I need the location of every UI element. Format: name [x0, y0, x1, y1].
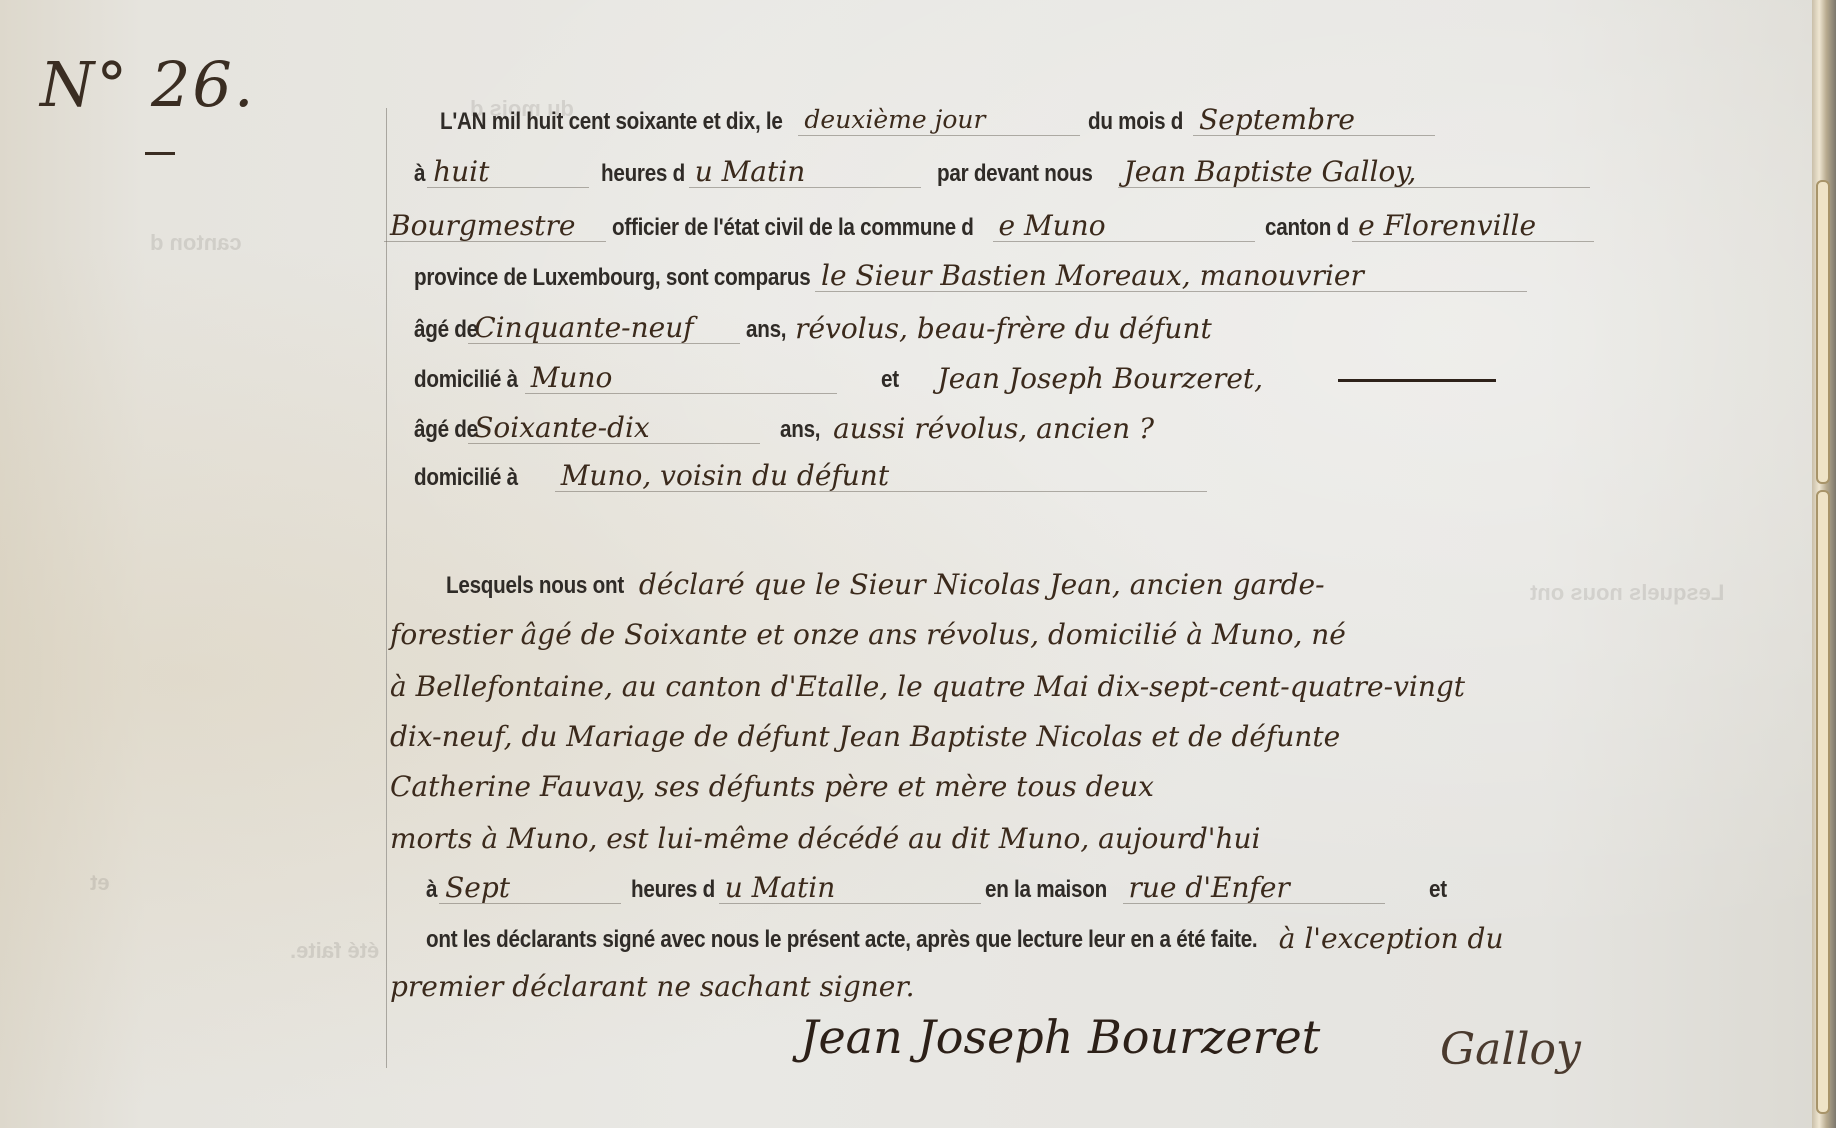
bleed-through-text: Lesquels nous ont	[1530, 580, 1724, 606]
form-line-10: forestier âgé de Soixante et onze ans ré…	[384, 606, 1352, 650]
form-line-1: L'AN mil huit cent soixante et dix, le d…	[440, 92, 1435, 136]
handwritten-exception-note: à l'exception du	[1273, 924, 1510, 954]
printed-text: à	[426, 876, 437, 904]
form-line-16: ont les déclarants signé avec nous le pr…	[426, 910, 1509, 954]
handwritten-age-2: Soixante-dix	[468, 413, 760, 444]
bleed-through-text: été faite.	[290, 938, 379, 964]
printed-text: à	[414, 160, 425, 188]
form-line-7: âgé de Soixante-dix ans, aussi révolus, …	[414, 400, 1160, 444]
handwritten-declarant-2: Jean Joseph Bourzeret,	[932, 364, 1270, 394]
margin-rule	[386, 108, 387, 1068]
handwritten-birthplace: à Bellefontaine, au canton d'Etalle, le …	[384, 672, 1471, 702]
printed-text: L'AN mil huit cent soixante et dix, le	[440, 108, 783, 136]
printed-text: heures d	[631, 876, 715, 904]
binding-stitch	[1816, 180, 1830, 484]
handwritten-parents: dix-neuf, du Mariage de défunt Jean Bapt…	[384, 722, 1346, 752]
form-line-2: à huit heures d u Matin par devant nous …	[414, 144, 1590, 188]
printed-text: Lesquels nous ont	[446, 572, 624, 600]
handwritten-occupation-2: aussi révolus, ancien ?	[827, 414, 1160, 444]
form-line-12: dix-neuf, du Mariage de défunt Jean Bapt…	[384, 708, 1346, 752]
printed-text: et	[881, 366, 899, 394]
printed-text: en la maison	[985, 876, 1107, 904]
signature-officer: Galloy	[1440, 1024, 1581, 1075]
handwritten-relation-1: révolus, beau-frère du défunt	[789, 314, 1218, 344]
form-line-17: premier déclarant ne sachant signer.	[384, 958, 921, 1002]
handwritten-mother: Catherine Fauvay, ses défunts père et mè…	[384, 772, 1160, 802]
handwritten-declarant-1: le Sieur Bastien Moreaux, manouvrier	[815, 261, 1527, 292]
printed-text: ans,	[780, 416, 820, 444]
handwritten-age-1: Cinquante-neuf	[468, 313, 740, 344]
printed-text: officier de l'état civil de la commune d	[612, 214, 974, 242]
form-line-5: âgé de Cinquante-neuf ans, révolus, beau…	[414, 300, 1218, 344]
handwritten-officer-title: Bourgmestre	[384, 211, 606, 242]
handwritten-officer-name: Jean Baptiste Galloy,	[1118, 157, 1590, 188]
form-line-13: Catherine Fauvay, ses défunts père et mè…	[384, 758, 1160, 802]
printed-text: âgé de	[414, 316, 478, 344]
bleed-through-text: et	[90, 870, 110, 896]
entry-number: N° 26.	[40, 48, 256, 121]
handwritten-death-hour: Sept	[439, 873, 621, 904]
bleed-through-text: canton d	[150, 230, 242, 256]
handwritten-canton: e Florenville	[1352, 211, 1594, 242]
handwritten-domicile-2: Muno, voisin du défunt	[555, 461, 1207, 492]
strikethrough-mark	[1338, 379, 1496, 382]
printed-text: domicilié à	[414, 366, 518, 394]
register-page: du mois d canton d Lesquels nous ont et …	[0, 0, 1812, 1128]
printed-text: par devant nous	[937, 160, 1093, 188]
handwritten-declaration: déclaré que le Sieur Nicolas Jean, ancie…	[633, 570, 1331, 600]
form-line-3: Bourgmestre officier de l'état civil de …	[384, 198, 1594, 242]
handwritten-death-place: morts à Muno, est lui-même décédé au dit…	[384, 824, 1266, 854]
printed-text: heures d	[601, 160, 685, 188]
form-line-15: à Sept heures d u Matin en la maison rue…	[426, 860, 1449, 904]
handwritten-domicile-1: Muno	[525, 363, 837, 394]
entry-number-underline	[145, 152, 175, 155]
form-line-8: domicilié à Muno, voisin du défunt	[414, 448, 1207, 492]
form-line-9: Lesquels nous ont déclaré que le Sieur N…	[446, 556, 1331, 600]
handwritten-house-location: rue d'Enfer	[1123, 873, 1385, 904]
handwritten-month: Septembre	[1193, 105, 1435, 136]
form-line-11: à Bellefontaine, au canton d'Etalle, le …	[384, 658, 1471, 702]
printed-text: ont les déclarants signé avec nous le pr…	[426, 926, 1257, 954]
form-line-4: province de Luxembourg, sont comparus le…	[414, 248, 1527, 292]
printed-text: âgé de	[414, 416, 478, 444]
signature-declarant: Jean Joseph Bourzeret	[800, 1010, 1320, 1064]
page-binding-edge	[1812, 0, 1836, 1128]
form-line-6: domicilié à Muno et Jean Joseph Bourzere…	[414, 350, 1269, 394]
handwritten-hour: huit	[427, 157, 589, 188]
handwritten-exception-note-cont: premier déclarant ne sachant signer.	[384, 972, 921, 1002]
handwritten-death-time-of-day: u Matin	[719, 873, 981, 904]
handwritten-time-of-day: u Matin	[689, 157, 921, 188]
printed-text: du mois d	[1088, 108, 1183, 136]
form-line-14: morts à Muno, est lui-même décédé au dit…	[384, 810, 1266, 854]
printed-text: domicilié à	[414, 464, 518, 492]
binding-stitch	[1816, 490, 1830, 1114]
printed-text: ans,	[746, 316, 786, 344]
printed-text: canton d	[1265, 214, 1349, 242]
handwritten-commune: e Muno	[993, 211, 1255, 242]
handwritten-deceased-details: forestier âgé de Soixante et onze ans ré…	[384, 620, 1352, 650]
printed-text: province de Luxembourg, sont comparus	[414, 264, 810, 292]
handwritten-date-day: deuxième jour	[798, 105, 1080, 136]
printed-text: et	[1429, 876, 1447, 904]
